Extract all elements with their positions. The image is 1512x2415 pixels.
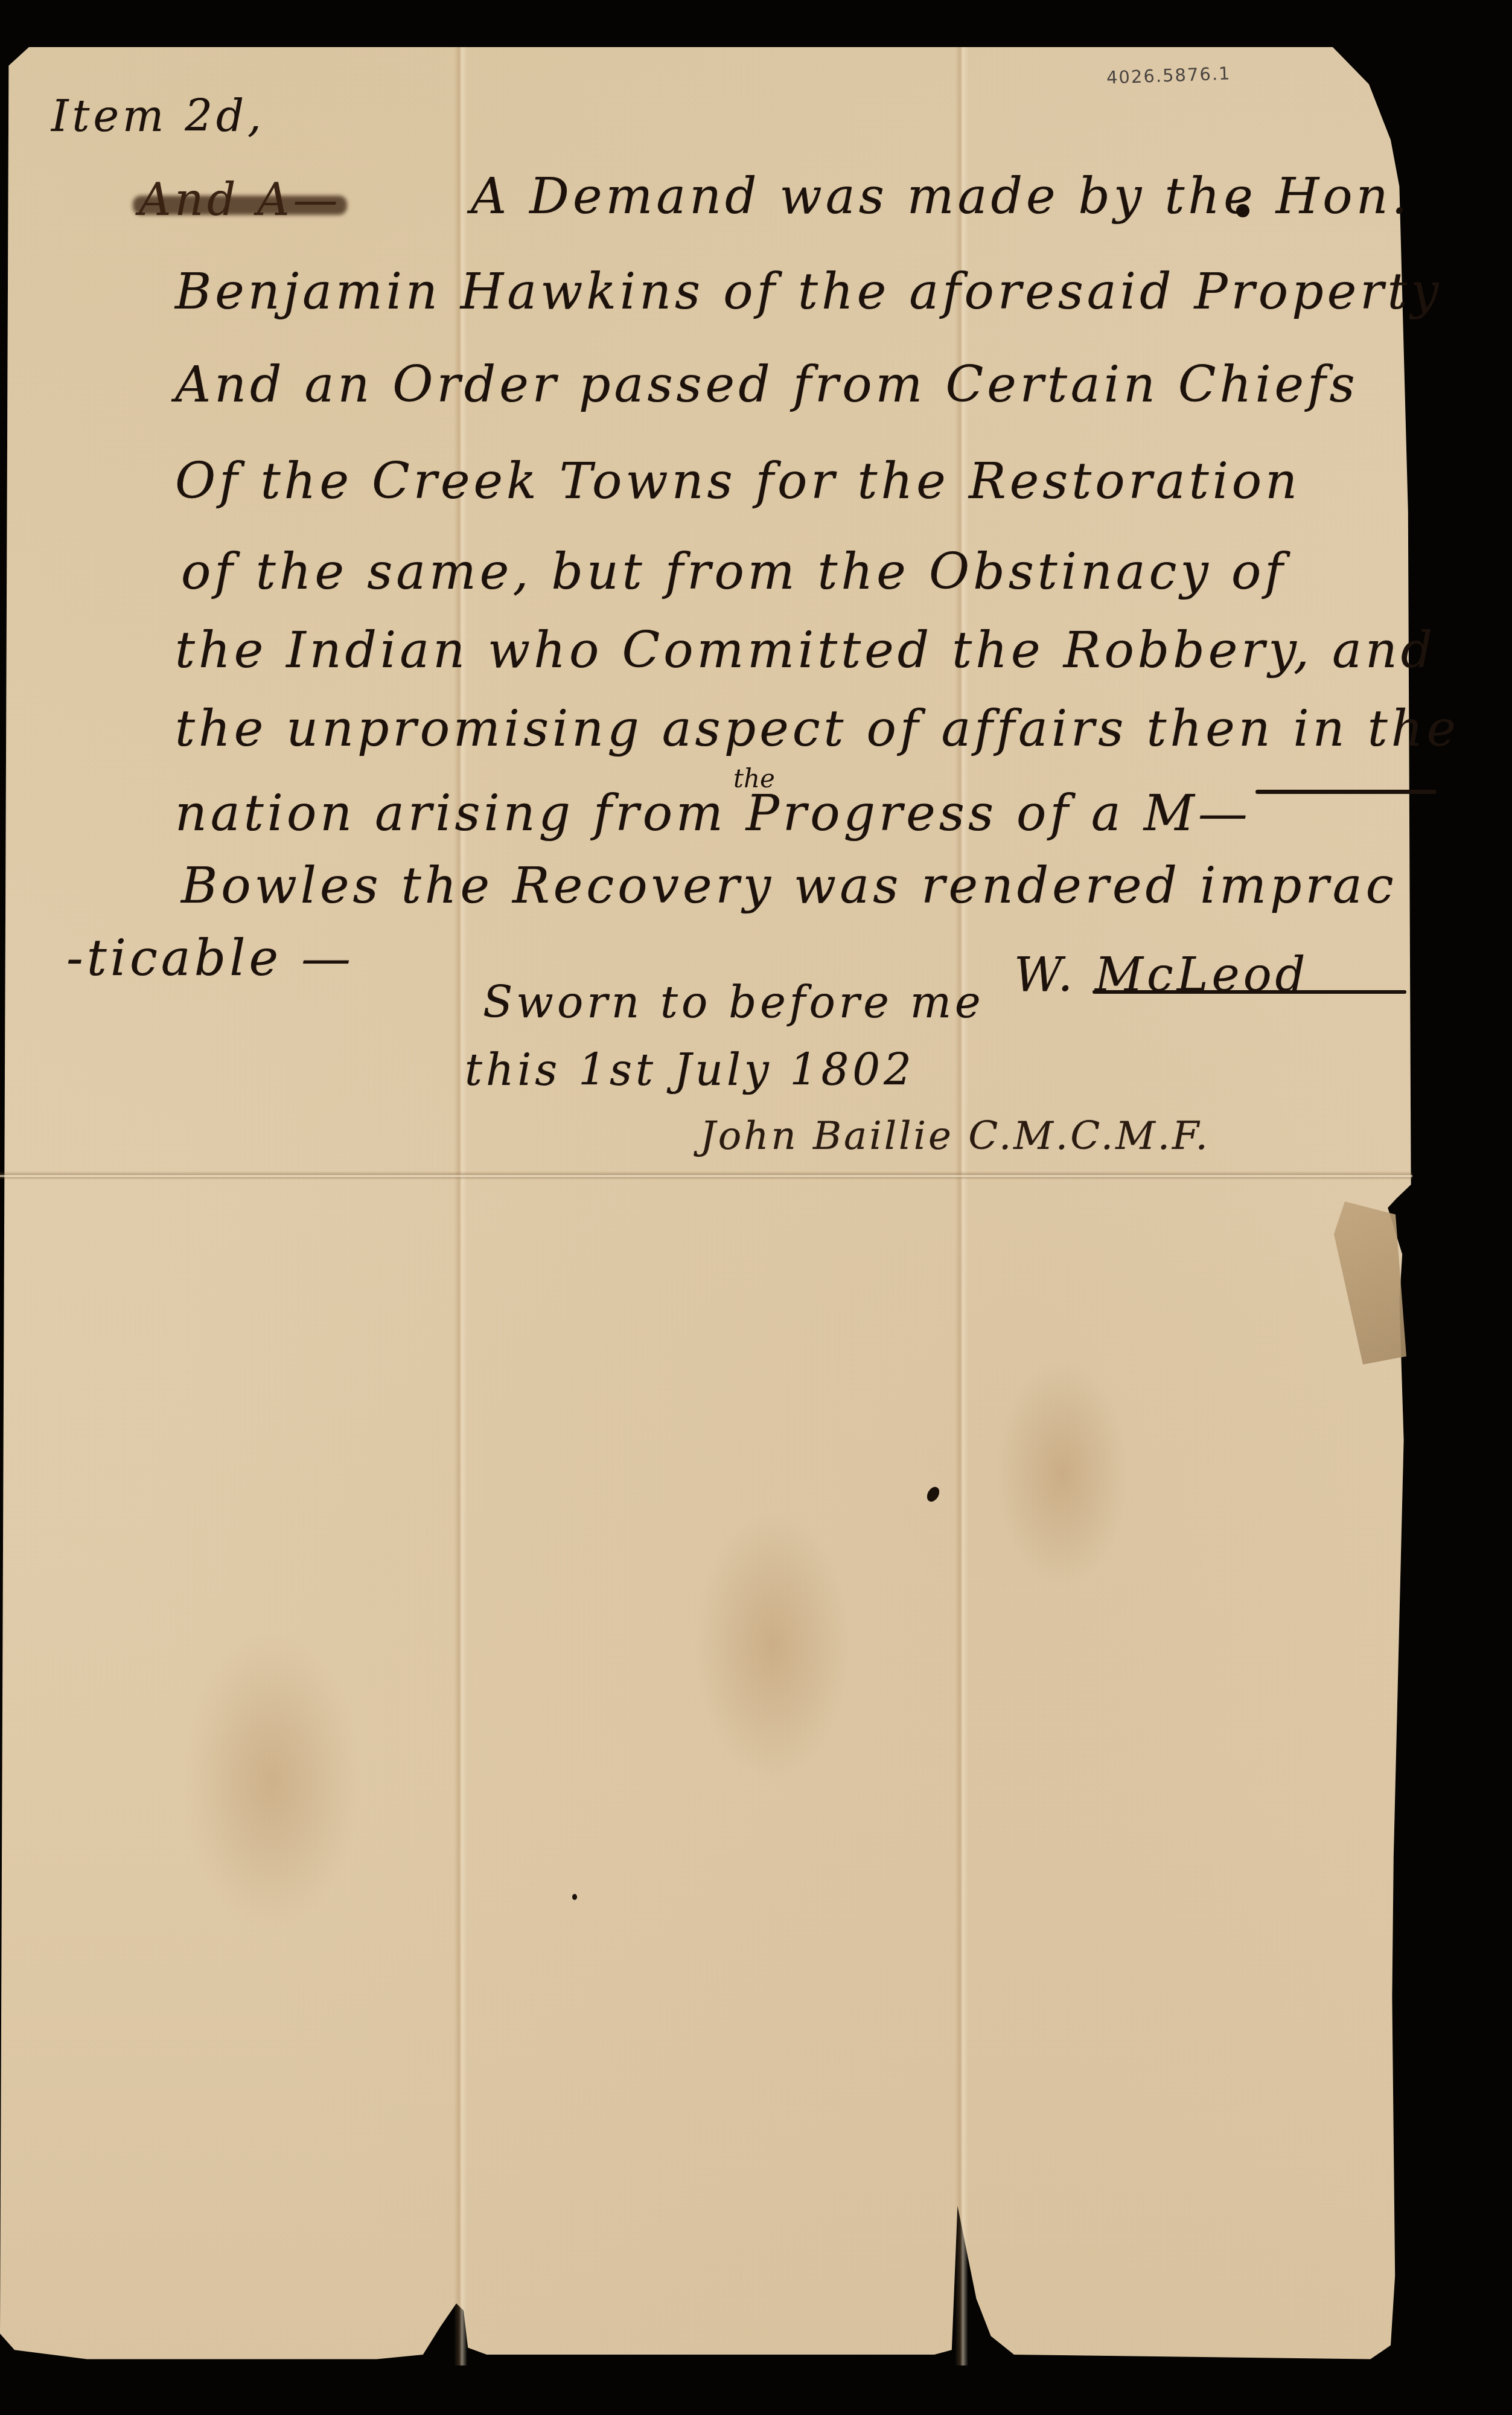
date-line: this 1st July 1802 <box>465 1044 915 1095</box>
water-stain <box>694 1509 851 1781</box>
body-line: -ticable — <box>66 930 354 987</box>
body-line: Of the Creek Towns for the Restoration <box>175 453 1301 510</box>
body-line: the Indian who Committed the Robbery, an… <box>175 622 1436 679</box>
oath-text: Sworn to before me <box>483 977 984 1028</box>
official-signature: John Baillie C.M.C.M.F. <box>700 1114 1210 1159</box>
deponent-signature: W. McLeod <box>1014 948 1309 1002</box>
interlinear-insertion: the <box>733 764 775 793</box>
water-stain <box>181 1630 362 1932</box>
water-stain <box>996 1358 1129 1588</box>
body-line: A Demand was made by the Hon. <box>471 168 1411 225</box>
body-line: of the same, but from the Obstinacy of <box>181 543 1287 601</box>
body-line: the unpromising aspect of affairs then i… <box>175 700 1459 758</box>
body-line: And an Order passed from Certain Chiefs <box>175 356 1359 414</box>
body-line: nation arising from Progress of a M— <box>175 785 1251 842</box>
catalog-number: 4026.5876.1 <box>1106 63 1231 88</box>
ink-speck <box>572 1894 577 1900</box>
item-heading: Item 2d, <box>51 91 265 141</box>
line-end-dash <box>1255 790 1437 794</box>
body-line: Benjamin Hawkins of the aforesaid Proper… <box>175 263 1443 321</box>
body-line: Bowles the Recovery was rendered imprac <box>181 857 1397 915</box>
horizontal-fold-crease <box>0 1171 1412 1180</box>
struck-through-text: And A— <box>139 174 341 226</box>
